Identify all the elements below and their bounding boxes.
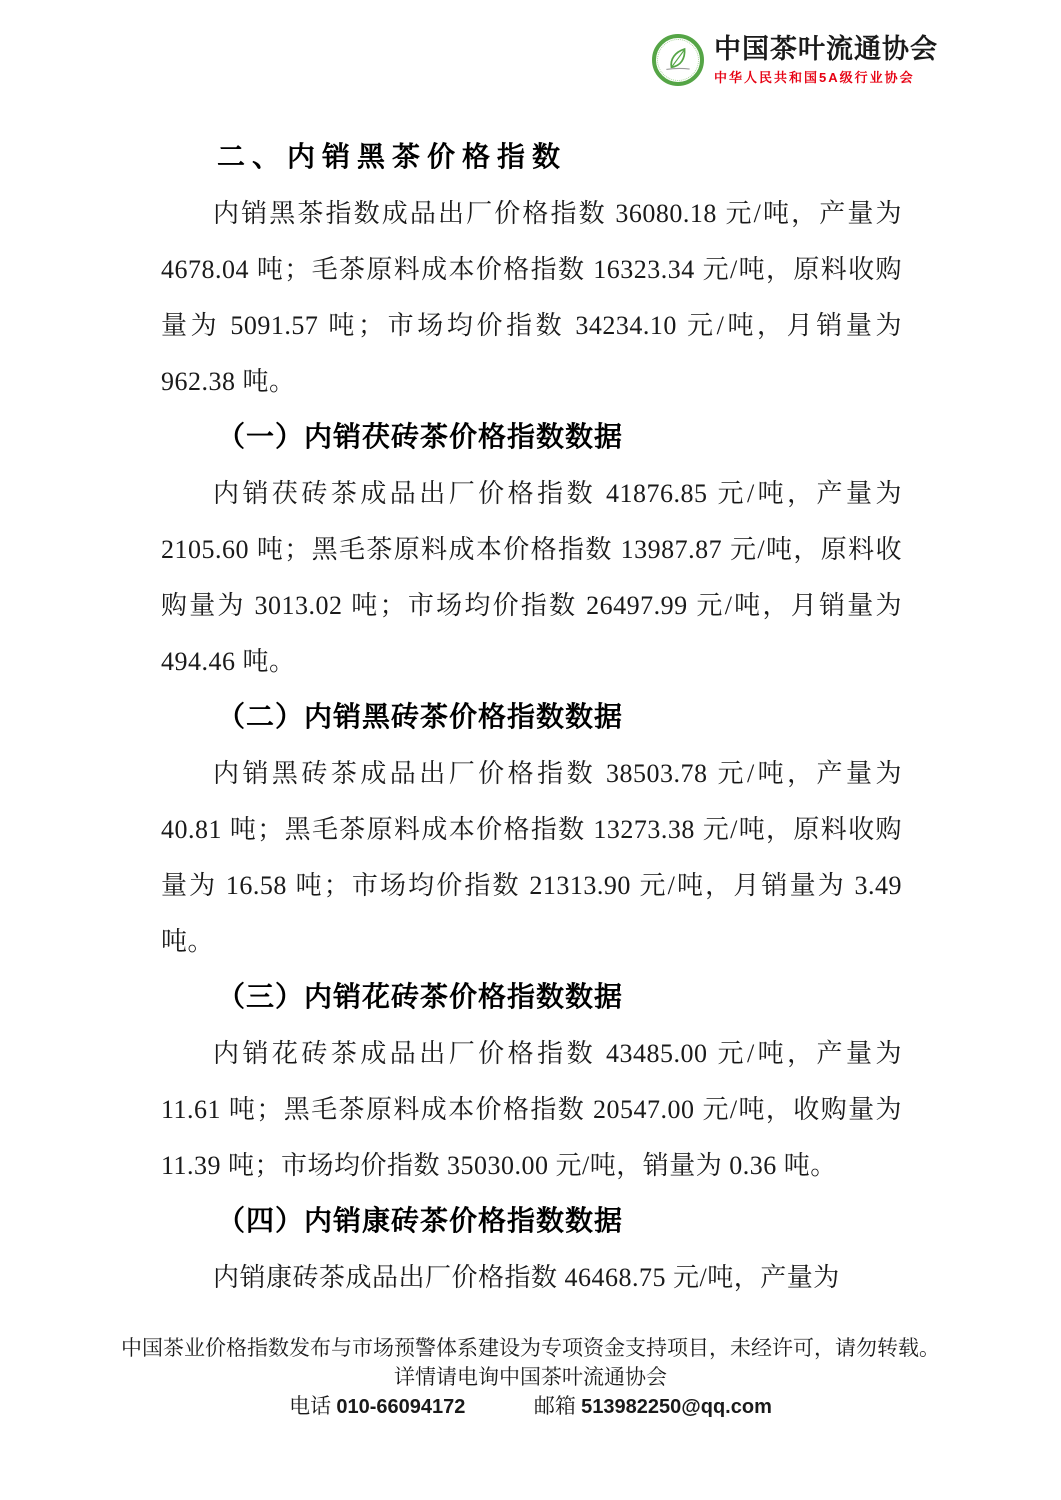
section-heading-kang-brick: （四）内销康砖茶价格指数数据 <box>161 1194 902 1250</box>
org-subtitle: 中华人民共和国5A级行业协会 <box>714 67 938 86</box>
section-heading-fu-brick: （一）内销茯砖茶价格指数数据 <box>161 410 902 466</box>
section-heading-black-tea-index: 二、内销黑茶价格指数 <box>161 130 902 186</box>
paragraph-fu-brick: 内销茯砖茶成品出厂价格指数 41876.85 元/吨，产量为 2105.60 吨… <box>161 466 902 690</box>
paragraph-black-tea-index: 内销黑茶指数成品出厂价格指数 36080.18 元/吨，产量为 4678.04 … <box>161 186 902 410</box>
footer-disclaimer: 中国茶业价格指数发布与市场预警体系建设为专项资金支持项目，未经许可，请勿转载。 <box>0 1334 1061 1363</box>
footer-contact-line: 电话 010-66094172 邮箱 513982250@qq.com <box>0 1392 1061 1422</box>
paragraph-kang-brick: 内销康砖茶成品出厂价格指数 46468.75 元/吨，产量为 <box>161 1250 902 1306</box>
email-address: 513982250@qq.com <box>581 1396 772 1418</box>
paragraph-flower-brick: 内销花砖茶成品出厂价格指数 43485.00 元/吨，产量为 11.61 吨；黑… <box>161 1026 902 1194</box>
page-footer: 中国茶业价格指数发布与市场预警体系建设为专项资金支持项目，未经许可，请勿转载。 … <box>0 1334 1061 1422</box>
section-heading-flower-brick: （三）内销花砖茶价格指数数据 <box>161 970 902 1026</box>
footer-inquiry: 详情请电询中国茶叶流通协会 <box>0 1363 1061 1392</box>
doc-body: 二、内销黑茶价格指数 内销黑茶指数成品出厂价格指数 36080.18 元/吨，产… <box>161 130 902 1306</box>
document-page: 中国茶叶流通协会 中华人民共和国5A级行业协会 二、内销黑茶价格指数 内销黑茶指… <box>0 0 1061 1500</box>
phone-label: 电话 <box>289 1394 331 1418</box>
org-title-block: 中国茶叶流通协会 中华人民共和国5A级行业协会 <box>714 34 938 86</box>
tea-leaf-icon <box>662 44 694 76</box>
phone-number: 010-66094172 <box>336 1396 465 1418</box>
org-logo <box>652 34 704 86</box>
section-heading-black-brick: （二）内销黑砖茶价格指数数据 <box>161 690 902 746</box>
org-header: 中国茶叶流通协会 中华人民共和国5A级行业协会 <box>652 34 938 86</box>
org-name: 中国茶叶流通协会 <box>714 34 938 64</box>
paragraph-black-brick: 内销黑砖茶成品出厂价格指数 38503.78 元/吨，产量为 40.81 吨；黑… <box>161 746 902 970</box>
email-label: 邮箱 <box>534 1394 576 1418</box>
